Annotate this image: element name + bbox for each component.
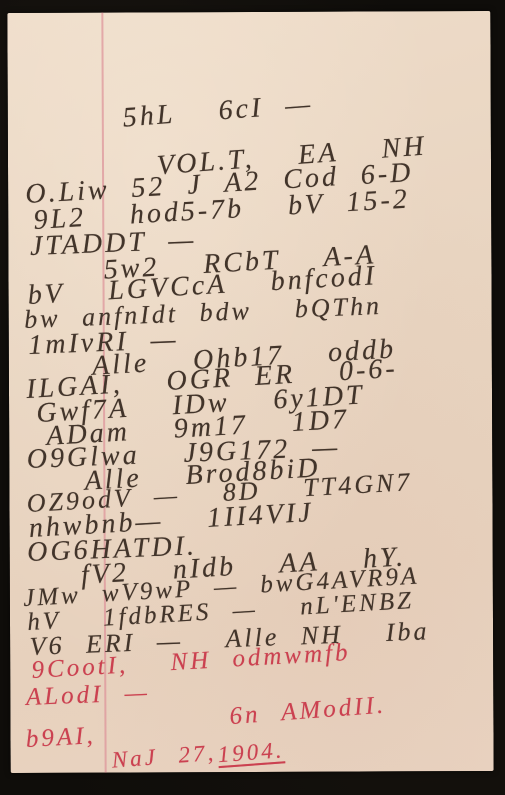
manuscript-line: ALodI — (25, 680, 150, 710)
manuscript-line: 5hL 6cI — (122, 90, 314, 132)
manuscript-line: 1904. (217, 738, 285, 766)
manuscript-line: 6n AModII. (229, 693, 387, 730)
manuscript-page: 5hL 6cI —VOL.T, EA NHO.Liw 52 J A2 Cod 6… (7, 11, 493, 773)
manuscript-line: b9AI, (25, 723, 96, 752)
